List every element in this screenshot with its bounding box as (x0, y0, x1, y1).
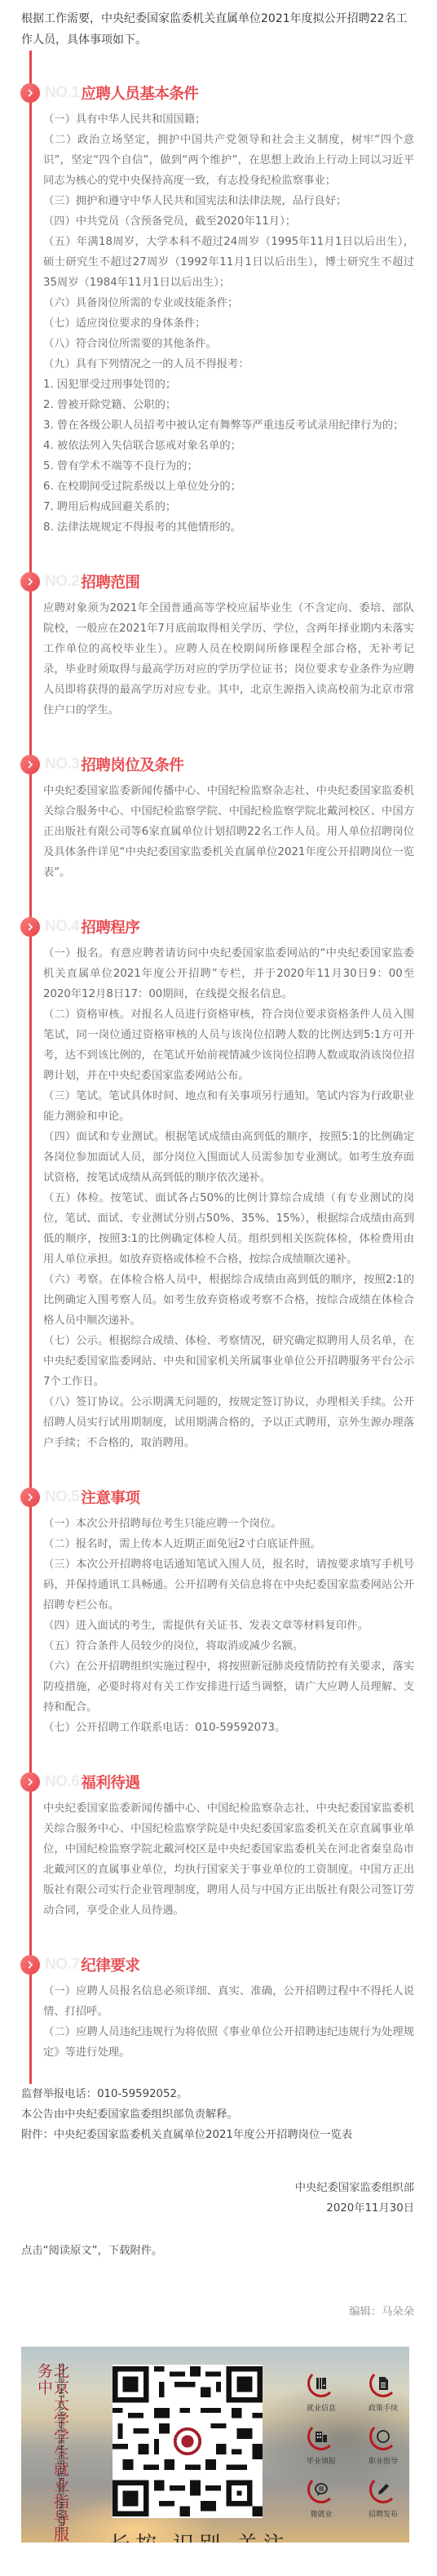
qr-code-icon (113, 2365, 263, 2518)
menu-item-compass[interactable]: 职业指导 (352, 2423, 409, 2466)
section-heading: NO.6福利待遇 (20, 1771, 414, 1793)
paragraph: （一）应聘人员报名信息必须详细、真实、准确，公开招聘过程中不得托人说情、打招呼。 (43, 1981, 414, 2022)
article: 根据工作需要，中央纪委国家监委机关直属单位2021年度拟公开招聘22名工作人员，… (0, 0, 437, 2543)
paragraph: （七）适应岗位要求的身体条件； (43, 313, 414, 334)
section-body: （一）具有中华人民共和国国籍；（二）政治立场坚定，拥护中国共产党领导和社会主义制… (32, 104, 414, 538)
section-heading: NO.3招聘岗位及条件 (20, 753, 414, 776)
section-3: NO.3招聘岗位及条件中央纪委国家监委新闻传播中心、中国纪检监察杂志社、中央纪委… (32, 720, 414, 883)
paragraph: （六）在公开招聘组织实施过程中，将按照新冠肺炎疫情防控有关要求，落实防疫措施，必… (43, 1656, 414, 1718)
footer-notes: 监督举报电话：010-59592052。 本公告由中央纪委国家监委组织部负责解释… (21, 2084, 414, 2145)
section-title: 注意事项 (81, 1487, 139, 1508)
book-icon (307, 2370, 335, 2397)
paragraph: （二）资格审核。对报名人员进行资格审核，符合岗位要求资格条件人员入围笔试，同一岗… (43, 1004, 414, 1086)
section-title: 招聘程序 (81, 916, 139, 938)
paragraph: （六）具备岗位所需的专业或技能条件； (43, 293, 414, 313)
chevron-right-icon (20, 1955, 40, 1975)
document-icon (369, 2370, 397, 2397)
chevron-right-icon (20, 1772, 40, 1792)
section-heading: NO.4招聘程序 (20, 916, 414, 938)
paragraph: （二）报名时，需上传本人近期正面免冠2寸白底证件照。 (43, 1534, 414, 1554)
signature-org: 中央纪委国家监委组织部 (21, 2178, 414, 2198)
org-name-en: STUDENT CAREER CENTER,PEKING UNIVERC (57, 2363, 65, 2533)
section-title: 招聘岗位及条件 (81, 754, 183, 775)
paragraph: 8. 法律法规规定不得报考的其他情形的。 (43, 517, 414, 538)
section-title: 应聘人员基本条件 (81, 82, 198, 104)
service-menu: 就业信息政策手续毕业填报职业指导微就业招聘发布 (290, 2370, 408, 2519)
paragraph: （九）具有下列情况之一的人员不得报考： (43, 354, 414, 375)
section-title: 招聘范围 (81, 571, 139, 592)
section-number: NO.6 (45, 1773, 79, 1791)
section-body: （一）本次公开招聘每位考生只能应聘一个岗位。（二）报名时，需上传本人近期正面免冠… (32, 1509, 414, 1738)
paragraph: （一）报名。有意应聘者请访问中央纪委国家监委网站的“中央纪委国家监委机关直属单位… (43, 943, 414, 1004)
paragraph: 5. 曾有学术不端等不良行为的； (43, 456, 414, 477)
menu-item-label: 就业信息 (290, 2402, 352, 2413)
paragraph: （四）中共党员（含预备党员，截至2020年11月）； (43, 211, 414, 232)
section-number: NO.4 (45, 918, 79, 936)
section-body: 应聘对象须为2021年全国普通高等学校应届毕业生（不含定向、委培、部队院校，一般… (32, 593, 414, 720)
signature-date: 2020年11月30日 (21, 2198, 414, 2219)
section-title: 福利待遇 (81, 1771, 139, 1793)
section-number: NO.2 (45, 573, 79, 591)
menu-item-chat[interactable]: 微就业 (290, 2476, 352, 2519)
chevron-right-icon (20, 917, 40, 937)
section-body: （一）报名。有意应聘者请访问中央纪委国家监委网站的“中央纪委国家监委机关直属单位… (32, 938, 414, 1453)
paragraph: （五）体检。按笔试、面试各占50%的比例计算综合成绩（有专业测试的岗位，笔试、面… (43, 1188, 414, 1270)
section-heading: NO.1应聘人员基本条件 (20, 82, 414, 104)
section-1: NO.1应聘人员基本条件（一）具有中华人民共和国国籍；（二）政治立场坚定，拥护中… (32, 51, 414, 538)
paragraph: （七）公开招聘工作联系电话：010-59592073。 (43, 1718, 414, 1738)
intro-paragraph: 根据工作需要，中央纪委国家监委机关直属单位2021年度拟公开招聘22名工作人员，… (21, 0, 414, 51)
section-heading: NO.7纪律要求 (20, 1953, 414, 1976)
chat-icon (307, 2476, 335, 2503)
paragraph: （四）面试和专业测试。根据笔试成绩由高到低的顺序，按照5:1的比例确定各岗位参加… (43, 1127, 414, 1188)
paragraph: 3. 曾在各级公职人员招考中被认定有舞弊等严重违反考试录用纪律行为的； (43, 415, 414, 436)
section-4: NO.4招聘程序（一）报名。有意应聘者请访问中央纪委国家监委网站的“中央纪委国家… (32, 883, 414, 1453)
hotline-text: 监督举报电话：010-59592052。 (21, 2084, 414, 2104)
section-body: （一）应聘人员报名信息必须详细、真实、准确，公开招聘过程中不得托人说情、打招呼。… (32, 1976, 414, 2063)
paragraph: 中央纪委国家监委新闻传播中心、中国纪检监察杂志社、中央纪委国家监委机关综合服务中… (43, 1798, 414, 1921)
chevron-right-icon (20, 755, 40, 774)
career-center-banner: 北京大学学生就业指导服务中 STUDENT CAREER CENTER,PEKI… (21, 2347, 409, 2543)
menu-item-label: 政策手续 (352, 2402, 409, 2413)
interpretation-text: 本公告由中央纪委国家监委组织部负责解释。 (21, 2104, 414, 2125)
section-number: NO.7 (45, 1956, 79, 1974)
chevron-right-icon (20, 1488, 40, 1507)
paragraph: 4. 被依法列入失信联合惩戒对象名单的； (43, 436, 414, 456)
paragraph: 2. 曾被开除党籍、公职的； (43, 395, 414, 415)
chevron-right-icon (20, 83, 40, 103)
paragraph: （四）进入面试的考生，需提供有关证书、发表文章等材料复印件。 (43, 1616, 414, 1636)
editor-credit: 编辑：马朵朵 (21, 2302, 414, 2322)
paragraph: 中央纪委国家监委新闻传播中心、中国纪检监察杂志社、中央纪委国家监委机关综合服务中… (43, 781, 414, 883)
section-body: 中央纪委国家监委新闻传播中心、中国纪检监察杂志社、中央纪委国家监委机关综合服务中… (32, 1793, 414, 1921)
menu-item-building[interactable]: 毕业填报 (290, 2423, 352, 2466)
section-heading: NO.2招聘范围 (20, 570, 414, 593)
paragraph: 1. 因犯罪受过刑事处罚的； (43, 375, 414, 395)
paragraph: （五）符合条件人员较少的岗位，将取消或减少名额。 (43, 1636, 414, 1656)
menu-item-book[interactable]: 就业信息 (290, 2370, 352, 2413)
paragraph: （七）公示。根据综合成绩、体检、考察情况，研究确定拟聘用人员名单，在中央纪委国家… (43, 1331, 414, 1392)
section-5: NO.5注意事项（一）本次公开招聘每位考生只能应聘一个岗位。（二）报名时，需上传… (32, 1453, 414, 1738)
section-number: NO.3 (45, 756, 79, 774)
section-2: NO.2招聘范围应聘对象须为2021年全国普通高等学校应届毕业生（不含定向、委培… (32, 538, 414, 720)
paragraph: 7. 聘用后构成回避关系的； (43, 497, 414, 517)
section-6: NO.6福利待遇中央纪委国家监委新闻传播中心、中国纪检监察杂志社、中央纪委国家监… (32, 1738, 414, 1921)
paragraph: （五）年满18周岁，大学本科不超过24周岁（1995年11月1日以后出生），硕士… (43, 232, 414, 293)
menu-item-label: 毕业填报 (290, 2455, 352, 2466)
read-original-hint: 点击“阅读原文”，下载附件。 (21, 2241, 414, 2261)
compass-icon (369, 2423, 397, 2450)
timeline: NO.1应聘人员基本条件（一）具有中华人民共和国国籍；（二）政治立场坚定，拥护中… (29, 51, 414, 2084)
section-7: NO.7纪律要求（一）应聘人员报名信息必须详细、真实、准确，公开招聘过程中不得托… (32, 1921, 414, 2063)
paragraph: （二）政治立场坚定，拥护中国共产党领导和社会主义制度，树牢“四个意识”，坚定“四… (43, 130, 414, 191)
menu-item-document[interactable]: 政策手续 (352, 2370, 409, 2413)
pencil-icon (369, 2476, 397, 2503)
paragraph: 6. 在校期间受过院系级以上单位处分的； (43, 477, 414, 497)
section-title: 纪律要求 (81, 1954, 139, 1975)
section-number: NO.1 (45, 84, 79, 102)
paragraph: （八）签订协议。公示期满无问题的，按规定签订协议，办理相关手续。公开招聘人员实行… (43, 1392, 414, 1453)
paragraph: （二）应聘人员违纪违规行为将依照《事业单位公开招聘违纪违规行为处理规定》等进行处… (43, 2022, 414, 2063)
paragraph: （三）本次公开招聘将电话通知笔试入围人员，报名时，请按要求填写手机号码，并保持通… (43, 1554, 414, 1616)
paragraph: （八）符合岗位所需要的其他条件。 (43, 334, 414, 354)
menu-item-pencil[interactable]: 招聘发布 (352, 2476, 409, 2519)
paragraph: （一）具有中华人民共和国国籍； (43, 109, 414, 130)
section-heading: NO.5注意事项 (20, 1486, 414, 1509)
section-number: NO.5 (45, 1488, 79, 1506)
menu-item-label: 职业指导 (352, 2455, 409, 2466)
section-body: 中央纪委国家监委新闻传播中心、中国纪检监察杂志社、中央纪委国家监委机关综合服务中… (32, 776, 414, 883)
paragraph: （三）笔试。笔试具体时间、地点和有关事项另行通知。笔试内容为行政职业能力测验和申… (43, 1086, 414, 1127)
paragraph: （一）本次公开招聘每位考生只能应聘一个岗位。 (43, 1514, 414, 1534)
paragraph: （三）拥护和遵守中华人民共和国宪法和法律法规，品行良好； (43, 191, 414, 211)
signature: 中央纪委国家监委组织部 2020年11月30日 (21, 2178, 414, 2219)
attachment-text: 附件：中央纪委国家监委机关直属单位2021年度公开招聘岗位一览表 (21, 2125, 414, 2145)
slogan-text: 长按 识别 关注 (109, 2528, 289, 2543)
building-icon (307, 2423, 335, 2450)
chevron-right-icon (20, 572, 40, 592)
qr-code[interactable] (113, 2365, 263, 2518)
menu-item-label: 招聘发布 (352, 2508, 409, 2519)
menu-item-label: 微就业 (290, 2508, 352, 2519)
paragraph: 应聘对象须为2021年全国普通高等学校应届毕业生（不含定向、委培、部队院校，一般… (43, 598, 414, 720)
paragraph: （六）考察。在体检合格人员中，根据综合成绩由高到低的顺序，按照2:1的比例确定入… (43, 1270, 414, 1331)
